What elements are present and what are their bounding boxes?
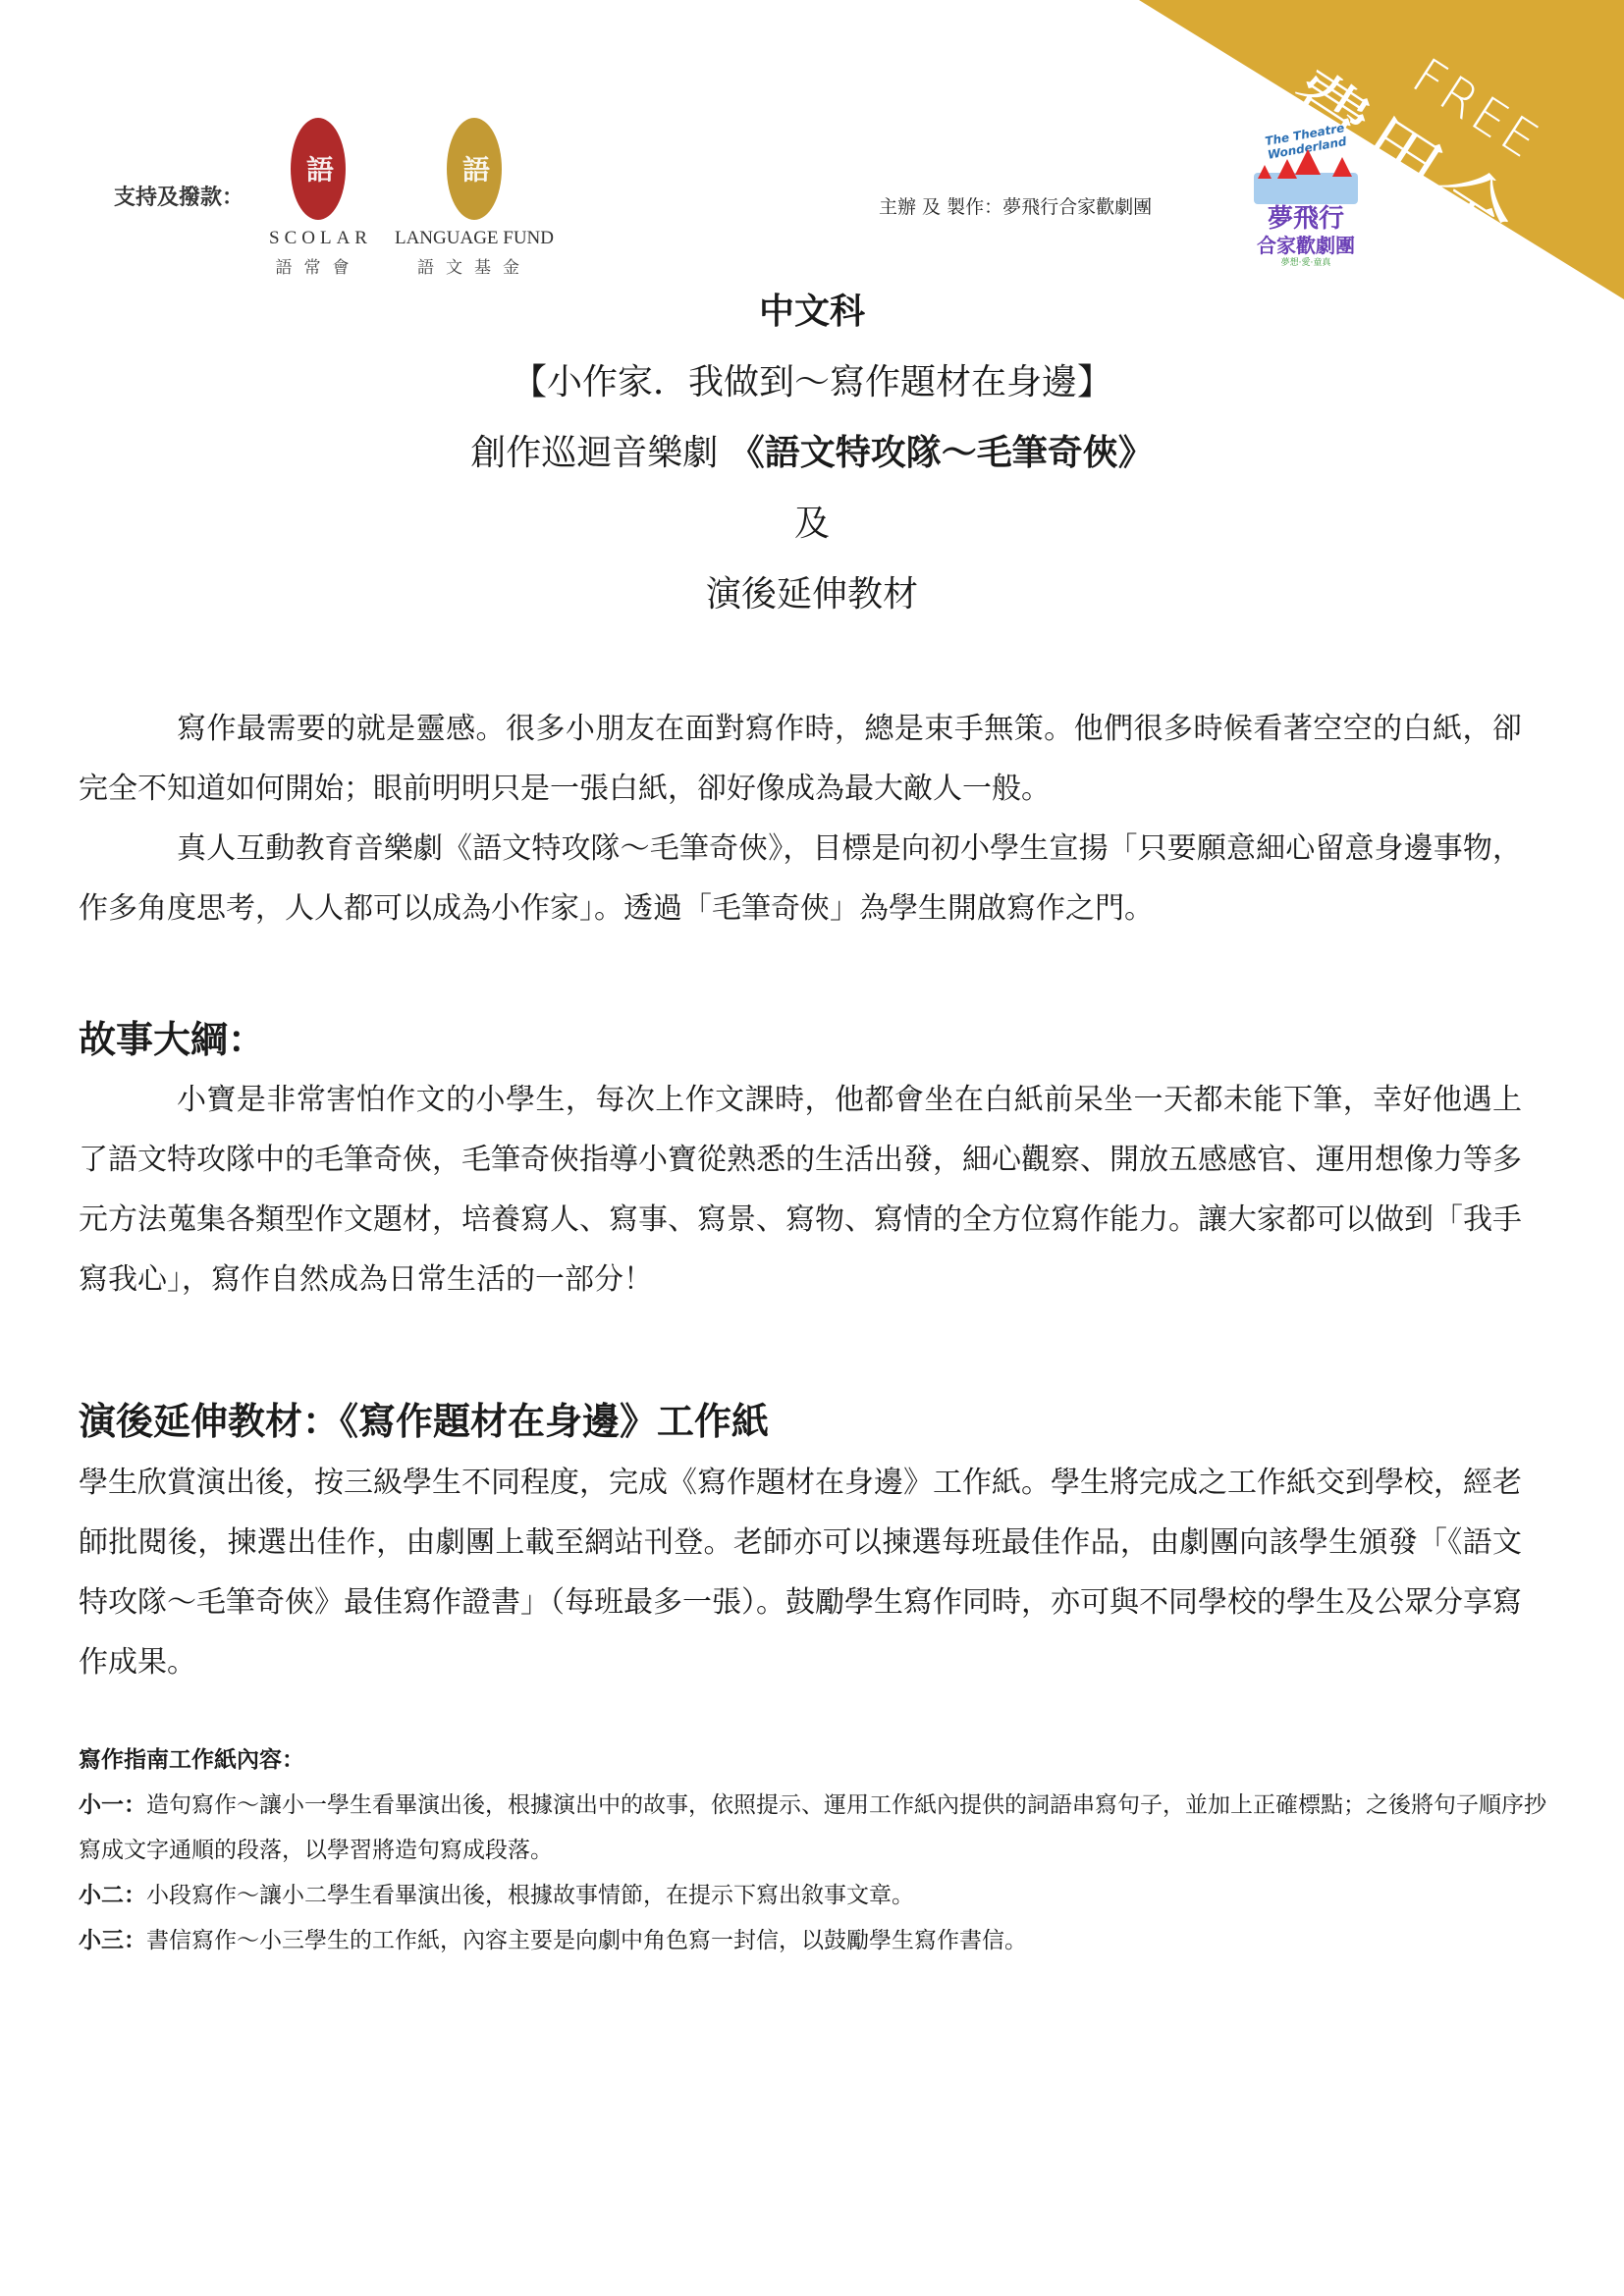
castle-icon	[1254, 155, 1358, 204]
guide-item-p2: 小二：小段寫作～讓小二學生看畢演出後，根據故事情節，在提示下寫出敘事文章。	[79, 1873, 1551, 1918]
musical-prefix: 創作巡迴音樂劇	[470, 433, 718, 473]
scolar-name-zh: 語常會	[269, 253, 367, 278]
guide-heading: 寫作指南工作紙內容：	[79, 1737, 1551, 1783]
programme-title: 【小作家．我做到～寫作題材在身邊】	[0, 355, 1624, 426]
story-heading: 故事大綱：	[79, 1009, 265, 1063]
scolar-logo: 語 SCOLAR 語常會	[269, 118, 367, 278]
subject-title: 中文科	[0, 285, 1624, 355]
guide-text: 書信寫作～小三學生的工作紙，內容主要是向劇中角色寫一封信，以鼓勵學生寫作書信。	[146, 1928, 1027, 1953]
scolar-name-en: SCOLAR	[269, 228, 367, 249]
guide-level: 小二：	[79, 1883, 146, 1908]
extension-section: 學生欣賞演出後，按三級學生不同程度，完成《寫作題材在身邊》工作紙。學生將完成之工…	[79, 1453, 1522, 1692]
language-fund-name-en: LANGUAGE FUND	[388, 228, 561, 249]
language-fund-logo: 語 LANGUAGE FUND 語文基金	[388, 118, 561, 278]
intro-paragraph: 寫作最需要的就是靈感。很多小朋友在面對寫作時，總是束手無策。他們很多時候看著空空…	[79, 699, 1522, 819]
guide-text: 小段寫作～讓小二學生看畢演出後，根據故事情節，在提示下寫出敘事文章。	[146, 1883, 914, 1908]
title-block: 中文科 【小作家．我做到～寫作題材在身邊】 創作巡迴音樂劇 《語文特攻隊～毛筆奇…	[0, 285, 1624, 638]
extension-heading: 演後延伸教材：《寫作題材在身邊》工作紙	[79, 1391, 769, 1445]
scolar-seal-icon: 語	[291, 118, 346, 220]
theatre-tagline: 夢想·愛·童真	[1242, 255, 1370, 268]
language-fund-seal-icon: 語	[447, 118, 502, 220]
intro-paragraph: 真人互動教育音樂劇《語文特攻隊～毛筆奇俠》，目標是向初小學生宣揚「只要願意細心留…	[79, 819, 1522, 938]
worksheet-guide: 寫作指南工作紙內容： 小一：造句寫作～讓小一學生看畢演出後，根據演出中的故事，依…	[79, 1737, 1551, 1963]
title-and: 及	[0, 497, 1624, 567]
guide-text: 造句寫作～讓小一學生看畢演出後，根據演出中的故事，依照提示、運用工作紙內提供的詞…	[79, 1792, 1546, 1863]
sponsor-label: 支持及撥款：	[114, 181, 244, 211]
organizer-text: 主辦 及 製作：夢飛行合家歡劇團	[879, 192, 1152, 219]
intro-section: 寫作最需要的就是靈感。很多小朋友在面對寫作時，總是束手無策。他們很多時候看著空空…	[79, 699, 1522, 938]
guide-item-p3: 小三：書信寫作～小三學生的工作紙，內容主要是向劇中角色寫一封信，以鼓勵學生寫作書…	[79, 1918, 1551, 1963]
story-paragraph: 小寶是非常害怕作文的小學生，每次上作文課時，他都會坐在白紙前呆坐一天都未能下筆，…	[79, 1070, 1522, 1309]
theatre-name-line2: 合家歡劇團	[1242, 230, 1370, 258]
theatre-wonderland-logo: The Theatre Wonderland 夢飛行 合家歡劇團 夢想·愛·童真	[1242, 128, 1370, 270]
story-section: 小寶是非常害怕作文的小學生，每次上作文課時，他都會坐在白紙前呆坐一天都未能下筆，…	[79, 1070, 1522, 1309]
guide-item-p1: 小一：造句寫作～讓小一學生看畢演出後，根據演出中的故事，依照提示、運用工作紙內提…	[79, 1783, 1551, 1873]
musical-title: 創作巡迴音樂劇 《語文特攻隊～毛筆奇俠》	[0, 426, 1624, 497]
musical-name: 《語文特攻隊～毛筆奇俠》	[730, 433, 1154, 473]
guide-level: 小三：	[79, 1928, 146, 1953]
guide-level: 小一：	[79, 1792, 146, 1818]
free-corner-banner: FREE 費用全免	[1139, 0, 1624, 299]
materials-title: 演後延伸教材	[0, 567, 1624, 638]
extension-paragraph: 學生欣賞演出後，按三級學生不同程度，完成《寫作題材在身邊》工作紙。學生將完成之工…	[79, 1453, 1522, 1692]
language-fund-name-zh: 語文基金	[388, 253, 561, 278]
